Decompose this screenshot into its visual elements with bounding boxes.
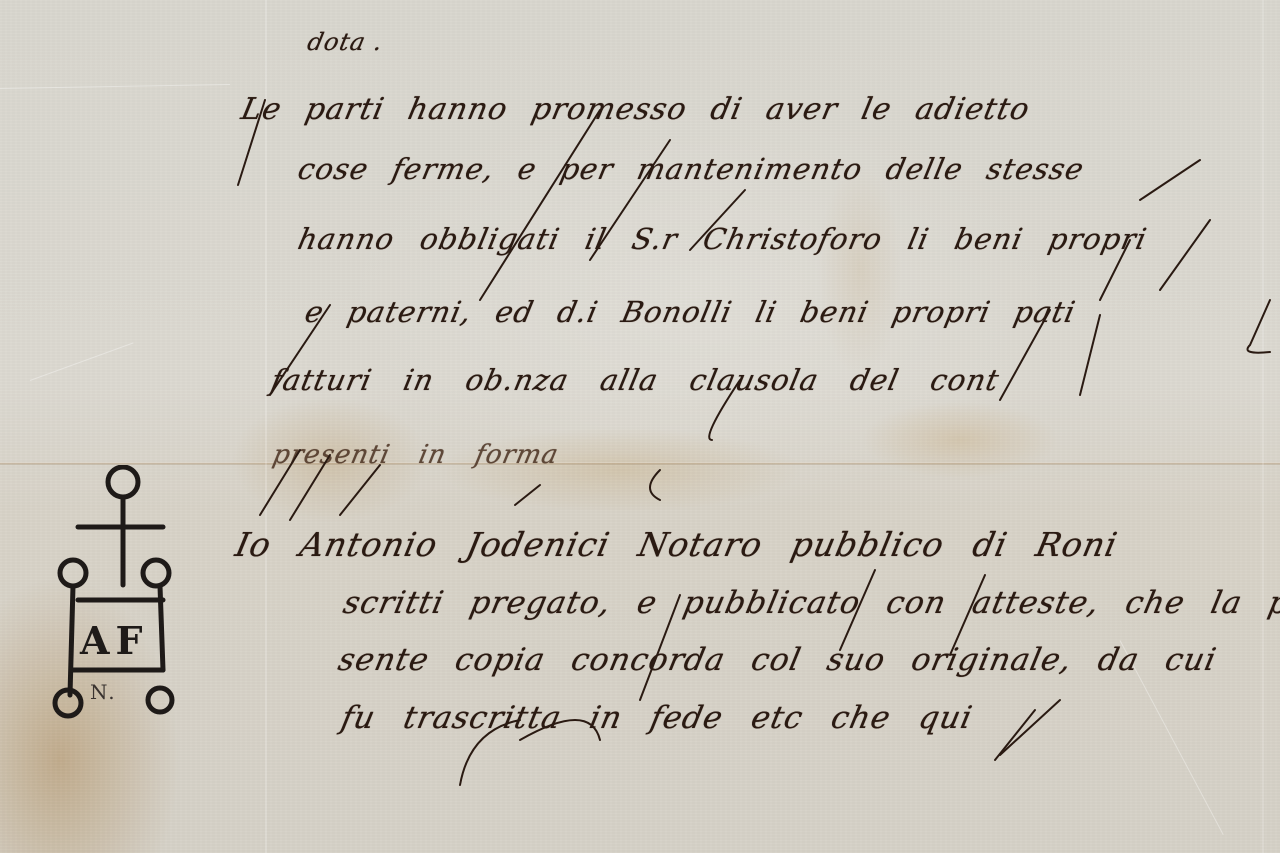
text-line-7: presenti in forma — [270, 440, 562, 470]
text-line-6: fatturi in ob.nza alla clausola del cont — [268, 363, 1003, 397]
notary-signum-mark — [48, 465, 188, 725]
horizontal-fold-line — [0, 462, 1280, 465]
signum-initials: AF — [80, 618, 148, 663]
vertical-fold-line — [265, 0, 267, 853]
text-line-5: e paterni, ed d.i Bonolli li beni propri… — [302, 295, 1079, 329]
text-line-9: scritti pregato, e pubblicato con attest… — [340, 585, 1280, 621]
text-line-4: hanno obbligati il S.r Christoforo li be… — [295, 222, 1150, 256]
text-line-notary-intro: Io Antonio Jodenici Notaro pubblico di R… — [232, 525, 1121, 564]
text-line-11: fu trascritta in fede etc che qui — [338, 700, 976, 736]
signum-sub-mark: N. — [90, 680, 117, 704]
text-line-1: dota . — [305, 28, 386, 56]
vertical-fold-line-right — [1262, 0, 1264, 853]
text-line-2: Le parti hanno promesso di aver le adiet… — [238, 92, 1033, 127]
text-line-3: cose ferme, e per mantenimento delle ste… — [295, 152, 1087, 186]
text-line-10: sente copia concorda col suo originale, … — [335, 642, 1220, 678]
